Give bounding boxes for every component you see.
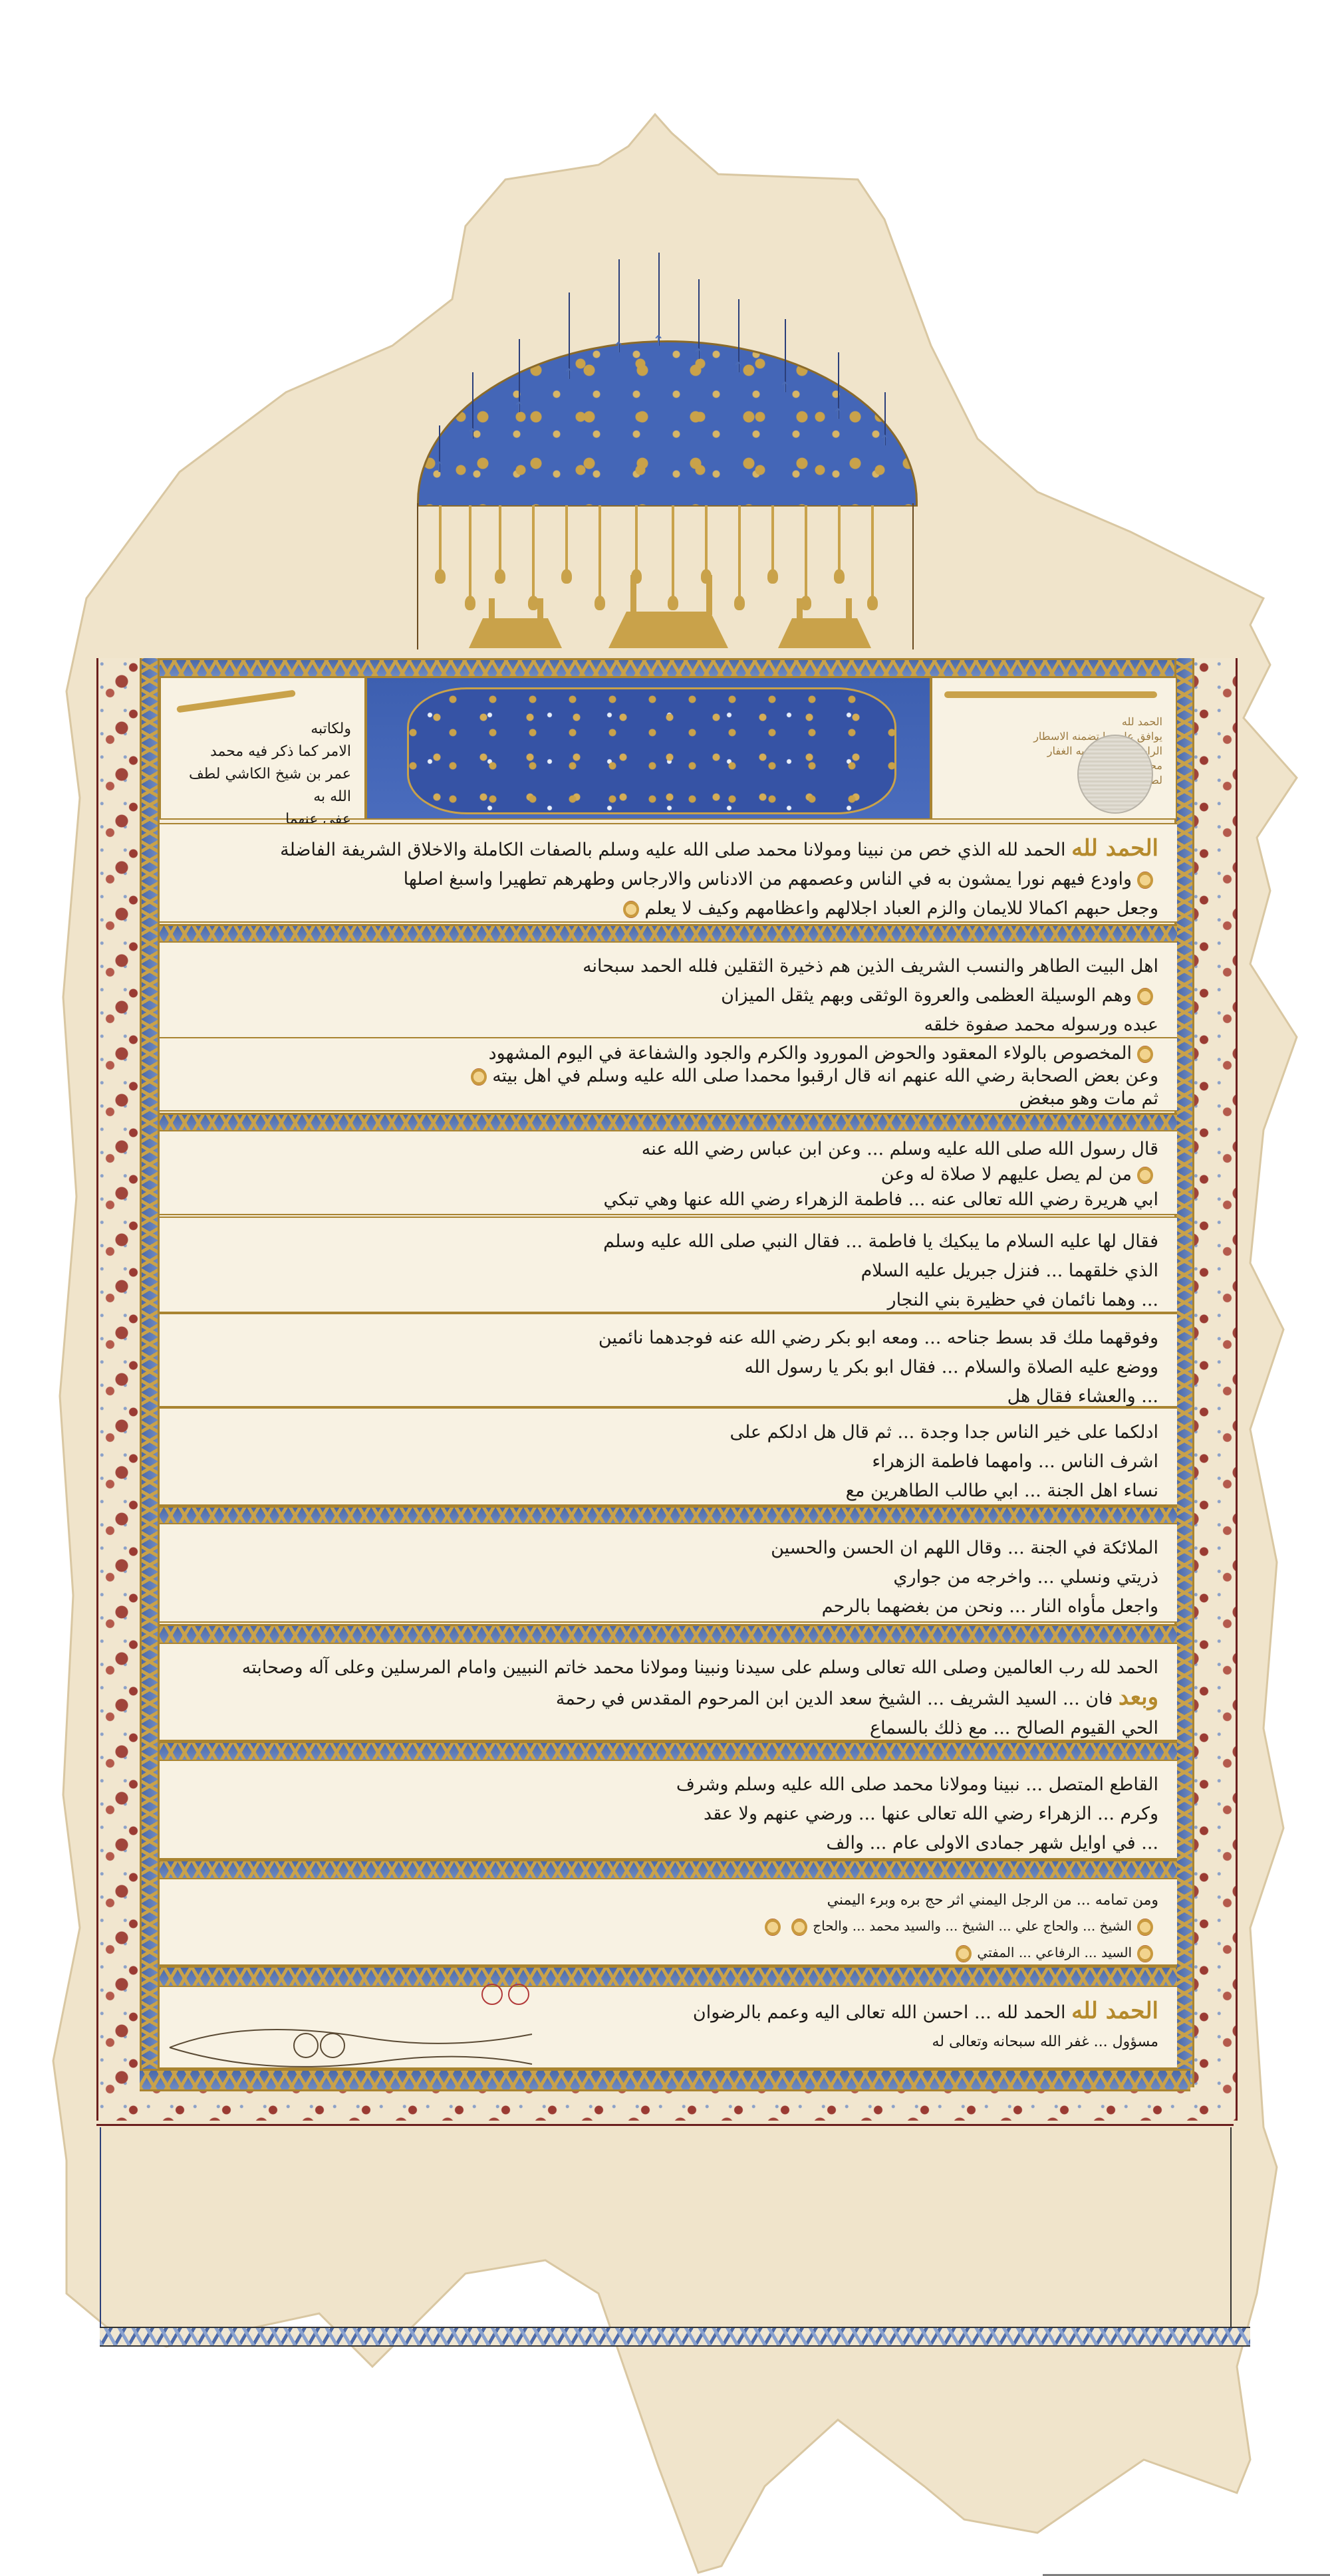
note-line: ولكاتبه	[174, 718, 351, 741]
text-line: اهل البيت الطاهر والنسب الشريف الذين هم …	[178, 952, 1158, 981]
text-panel-3: المخصوص بالولاء المعقود والحوض المورود و…	[160, 1037, 1177, 1112]
text-line: ابي هريرة رضي الله تعالى عنه ... فاطمة ا…	[178, 1187, 1158, 1213]
text-line: ومن تمامه ... من الرجل اليمني اثر حج بره…	[178, 1889, 1158, 1913]
text-line: واجعل مأواه النار ... ونحن من بغضهما بال…	[178, 1592, 1158, 1621]
blue-braid-border-bottom	[100, 2327, 1250, 2347]
blue-sprig-ornament	[618, 259, 620, 352]
text-panel-4: قال رسول الله صلى الله عليه وسلم ... وعن…	[160, 1130, 1177, 1215]
blue-sprig-ornament	[439, 425, 440, 472]
text-line: اشرف الناس ... وامهما فاطمة الزهراء	[178, 1447, 1158, 1476]
text-line: القاطع المتصل ... نبينا ومولانا محمد صلى…	[178, 1770, 1158, 1800]
text-line: وعن بعض الصحابة رضي الله عنهم انه قال ار…	[178, 1065, 1158, 1088]
signature-flourish	[166, 2024, 539, 2071]
tassel-ornament	[565, 505, 568, 572]
red-seal-mark	[465, 1981, 572, 2008]
circular-seal-stamp	[1077, 735, 1153, 814]
domed-building-right	[778, 618, 871, 648]
blue-sprig-ornament	[519, 339, 520, 412]
witness-line: الشيخ ... والحاج علي ... الشيخ ... والسي…	[178, 1913, 1158, 1939]
braid-border-bottom	[140, 2069, 1190, 2091]
text-line: المخصوص بالولاء المعقود والحوض المورود و…	[178, 1042, 1158, 1065]
blue-sprig-ornament	[569, 293, 570, 379]
blue-sprig-ornament	[884, 392, 886, 445]
text-line: ثم مات وهو مبغض	[178, 1088, 1158, 1110]
text-panel-9: الحمد لله رب العالمين وصلى الله تعالى وس…	[160, 1643, 1177, 1741]
tassel-ornament	[871, 505, 874, 598]
braid-border-right	[1174, 658, 1194, 2087]
braid-divider	[160, 1966, 1177, 1988]
text-line: وفوقهما ملك قد بسط جناحه ... ومعه ابو بك…	[178, 1324, 1158, 1353]
gold-scroll-ornament	[944, 691, 1157, 698]
domed-building-center	[608, 612, 728, 648]
text-line: قال رسول الله صلى الله عليه وسلم ... وعن…	[178, 1137, 1158, 1162]
tassel-ornament	[738, 505, 741, 598]
gold-rosette-icon	[1137, 1945, 1153, 1962]
text-line: ذريتي ونسلي ... واخرجه من جواري	[178, 1563, 1158, 1592]
note-line: الامر كما ذكر فيه محمد	[174, 741, 351, 763]
minaret	[706, 575, 712, 615]
text-line: فقال لها عليه السلام ما يبكيك يا فاطمة .…	[178, 1227, 1158, 1256]
tassel-ornament	[635, 505, 638, 572]
text-line: واودع فيهم نورا يمشون به في الناس وعصمهم…	[178, 865, 1158, 894]
text-panel-10: القاطع المتصل ... نبينا ومولانا محمد صلى…	[160, 1760, 1177, 1859]
blue-sprig-ornament	[658, 253, 660, 346]
text-panel-2: اهل البيت الطاهر والنسب الشريف الذين هم …	[160, 941, 1177, 1041]
gold-heading: وبعد	[1119, 1684, 1158, 1710]
gold-rosette-icon	[1137, 1046, 1153, 1063]
text-line: عبده ورسوله محمد صفوة خلقه	[178, 1010, 1158, 1040]
text-line: ... وهما نائمان في حظيرة بني النجار	[178, 1286, 1158, 1313]
text-line: نساء اهل الجنة ... ابي طالب الطاهرين مع	[178, 1476, 1158, 1506]
blue-sprig-ornament	[838, 352, 839, 419]
text-line: وكرم ... الزهراء رضي الله تعالى عنها ...…	[178, 1800, 1158, 1829]
text-panel-7: ادلكما على خير الناس جدا وجدة ... ثم قال…	[160, 1407, 1177, 1506]
text-panel-6: وفوقهما ملك قد بسط جناحه ... ومعه ابو بك…	[160, 1313, 1177, 1407]
tassel-ornament	[672, 505, 674, 598]
minaret	[489, 598, 495, 622]
tassel-ornament	[771, 505, 774, 572]
tassel-ornament	[705, 505, 708, 572]
margin-rule-right	[1230, 2127, 1232, 2340]
floral-cartouche	[407, 687, 896, 814]
tassel-ornament	[598, 505, 601, 598]
gold-heading: الحمد لله	[1071, 835, 1158, 862]
text-line: ... في اوايل شهر جمادى الاولى عام ... وا…	[178, 1829, 1158, 1858]
minaret	[537, 598, 543, 622]
text-panel-11-witnesses: ومن تمامه ... من الرجل اليمني اثر حج بره…	[160, 1878, 1177, 1966]
text-panel-1: الحمد لله الحمد لله الذي خص من نبينا ومو…	[160, 823, 1177, 923]
gold-rosette-icon	[791, 1919, 807, 1936]
gold-rosette-icon	[1137, 872, 1153, 889]
minaret	[630, 575, 636, 615]
gold-rosette-icon	[1137, 1919, 1153, 1936]
note-line: عمر بن شيخ الكاشي لطف الله به	[174, 763, 351, 808]
text-panel-5: فقال لها عليه السلام ما يبكيك يا فاطمة .…	[160, 1217, 1177, 1313]
text-line: من لم يصل عليهم لا صلاة له وعن	[178, 1162, 1158, 1187]
endorsement-line: الحمد لله	[1025, 715, 1162, 729]
blue-sprig-ornament	[785, 319, 786, 392]
text-line: الحمد لله رب العالمين وصلى الله تعالى وس…	[178, 1653, 1158, 1683]
gold-rosette-icon	[623, 901, 639, 918]
text-line: ادلكما على خير الناس جدا وجدة ... ثم قال…	[178, 1418, 1158, 1447]
blue-sprig-ornament	[738, 299, 739, 372]
gold-rosette-icon	[956, 1945, 972, 1962]
text-line: الحمد لله الحمد لله ... احسن الله تعالى …	[178, 1996, 1158, 2028]
tassel-ornament	[838, 505, 841, 572]
tassel-ornament	[532, 505, 535, 598]
text-line: الحي القيوم الصالح ... مع ذلك بالسماع	[178, 1714, 1158, 1741]
text-line: وبعد فان ... السيد الشريف ... الشيخ سعد …	[178, 1683, 1158, 1714]
witness-line: السيد ... الرفاعي ... المفتي	[178, 1939, 1158, 1966]
margin-rule-left	[100, 2127, 101, 2340]
blue-sprig-ornament	[472, 372, 473, 439]
text-line: ... والعشاء فقال هل	[178, 1382, 1158, 1407]
gold-rosette-icon	[1137, 988, 1153, 1005]
header-illuminated-panel	[366, 677, 931, 820]
red-rule	[96, 2124, 1234, 2126]
text-line: الحمد لله الحمد لله الذي خص من نبينا ومو…	[178, 834, 1158, 865]
text-line: الملائكة في الجنة ... وقال اللهم ان الحس…	[178, 1534, 1158, 1563]
minaret	[846, 598, 852, 622]
text-line: وجعل حبهم اكمالا للايمان والزم العباد اج…	[178, 894, 1158, 923]
text-line: وهم الوسيلة العظمى والعروة الوثقى وبهم ي…	[178, 981, 1158, 1010]
text-panel-8: الملائكة في الجنة ... وقال اللهم ان الحس…	[160, 1523, 1177, 1623]
text-line: الذي خلقهما ... فنزل جبريل عليه السلام	[178, 1256, 1158, 1286]
gold-rosette-icon	[1137, 1167, 1153, 1184]
minaret	[797, 598, 803, 622]
gold-heading: الحمد لله	[1071, 1998, 1158, 2024]
braid-border-top	[140, 658, 1190, 678]
tassel-ornament	[805, 505, 807, 598]
braid-border-left	[140, 658, 160, 2087]
domed-building-left	[469, 618, 562, 648]
tassel-ornament	[439, 505, 442, 572]
gold-rosette-icon	[765, 1919, 781, 1936]
tassel-ornament	[499, 505, 501, 572]
text-line: ووضع عليه الصلاة والسلام ... فقال ابو بك…	[178, 1353, 1158, 1382]
gold-rosette-icon	[471, 1068, 487, 1086]
blue-sprig-ornament	[698, 279, 700, 359]
tassel-ornament	[469, 505, 471, 598]
